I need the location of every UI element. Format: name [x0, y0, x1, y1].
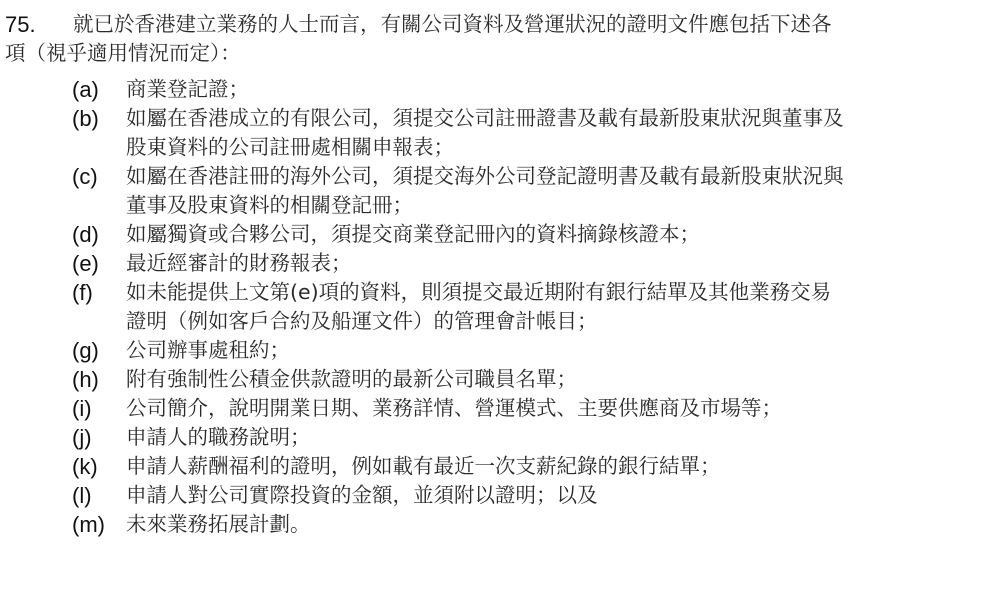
list-item-m: (m) 未來業務拓展計劃。 [0, 510, 994, 539]
item-text: 未來業務拓展計劃。 [126, 510, 311, 539]
item-label: (b) [72, 104, 99, 133]
item-label: (h) [72, 365, 99, 394]
list-item-b: (b) 如屬在香港成立的有限公司，須提交公司註冊證書及載有最新股東狀況與董事及 [0, 104, 994, 133]
list-item-b-cont: 股東資料的公司註冊處相關申報表； [0, 133, 994, 162]
item-text: 申請人薪酬福利的證明，例如載有最近一次支薪紀錄的銀行結單； [126, 452, 721, 481]
item-text: 如屬在香港註冊的海外公司，須提交海外公司登記證明書及載有最新股東狀況與 [126, 162, 844, 191]
list-item-g: (g) 公司辦事處租約； [0, 336, 994, 365]
list-item-f: (f) 如未能提供上文第(e)項的資料，則須提交最近期附有銀行結單及其他業務交易 [0, 278, 994, 307]
item-label: (d) [72, 220, 99, 249]
list-item-i: (i) 公司簡介，說明開業日期、業務詳情、營運模式、主要供應商及市場等； [0, 394, 994, 423]
item-text: 附有強制性公積金供款證明的最新公司職員名單； [126, 365, 577, 394]
item-text: 公司辦事處租約； [126, 336, 290, 365]
item-label: (c) [72, 162, 98, 191]
list-item-k: (k) 申請人薪酬福利的證明，例如載有最近一次支薪紀錄的銀行結單； [0, 452, 994, 481]
item-text: 如屬獨資或合夥公司，須提交商業登記冊內的資料摘錄核證本； [126, 220, 700, 249]
list-item-h: (h) 附有強制性公積金供款證明的最新公司職員名單； [0, 365, 994, 394]
item-label: (g) [72, 336, 99, 365]
intro-text-1: 就已於香港建立業務的人士而言，有關公司資料及營運狀況的證明文件應包括下述各 [73, 10, 832, 39]
list-item-a: (a) 商業登記證； [0, 75, 994, 104]
item-label: (f) [72, 278, 93, 307]
list-item-e: (e) 最近經審計的財務報表； [0, 249, 994, 278]
intro-text-2: 項（視乎適用情況而定）： [5, 41, 241, 65]
intro-line-2: 項（視乎適用情況而定）： [5, 39, 241, 68]
item-text: 申請人的職務說明； [126, 423, 311, 452]
item-text-continued: 股東資料的公司註冊處相關申報表； [126, 133, 454, 162]
item-text: 申請人對公司實際投資的金額，並須附以證明；以及 [126, 481, 598, 510]
item-text: 如未能提供上文第(e)項的資料，則須提交最近期附有銀行結單及其他業務交易 [126, 278, 831, 307]
item-label: (i) [72, 394, 92, 423]
item-text-continued: 證明（例如客戶合約及船運文件）的管理會計帳目； [126, 307, 598, 336]
item-text: 最近經審計的財務報表； [126, 249, 352, 278]
list-item-c-cont: 董事及股東資料的相關登記冊； [0, 191, 994, 220]
item-text-continued: 董事及股東資料的相關登記冊； [126, 191, 413, 220]
item-label: (j) [72, 423, 92, 452]
item-label: (e) [72, 249, 99, 278]
item-label: (m) [72, 510, 105, 539]
list-item-f-cont: 證明（例如客戶合約及船運文件）的管理會計帳目； [0, 307, 994, 336]
item-text: 商業登記證； [126, 75, 249, 104]
intro-line-1: 75. 就已於香港建立業務的人士而言，有關公司資料及營運狀況的證明文件應包括下述… [5, 10, 994, 39]
item-label: (k) [72, 452, 98, 481]
item-label: (l) [72, 481, 92, 510]
list-item-j: (j) 申請人的職務說明； [0, 423, 994, 452]
item-text: 公司簡介，說明開業日期、業務詳情、營運模式、主要供應商及市場等； [126, 394, 782, 423]
item-label: (a) [72, 75, 99, 104]
paragraph-number: 75. [5, 12, 36, 37]
list-item-l: (l) 申請人對公司實際投資的金額，並須附以證明；以及 [0, 481, 994, 510]
item-text: 如屬在香港成立的有限公司，須提交公司註冊證書及載有最新股東狀況與董事及 [126, 104, 844, 133]
list-item-d: (d) 如屬獨資或合夥公司，須提交商業登記冊內的資料摘錄核證本； [0, 220, 994, 249]
list-item-c: (c) 如屬在香港註冊的海外公司，須提交海外公司登記證明書及載有最新股東狀況與 [0, 162, 994, 191]
